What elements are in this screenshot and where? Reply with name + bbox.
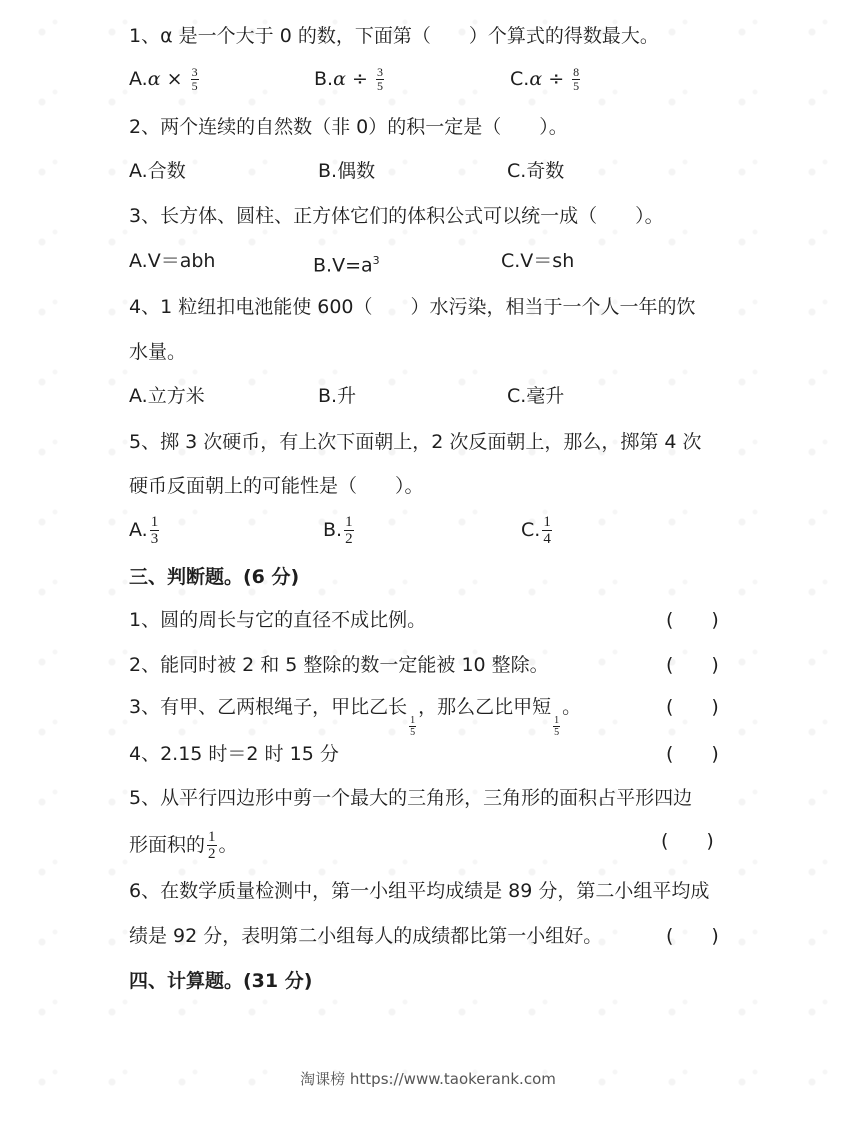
question-4-option-a: A.立方米 <box>129 384 205 408</box>
judge-item-4: 4、2.15 时＝2 时 15 分 <box>129 742 339 766</box>
judge-item-1-answer-blank[interactable]: ( ) <box>666 608 719 632</box>
question-3-option-b: B.V=a3 <box>313 249 380 277</box>
judge-item-5-line2: 形面积的12。 <box>129 829 238 862</box>
judge-item-3-answer-blank[interactable]: ( ) <box>666 695 719 719</box>
question-5-stem-line1: 5、掷 3 次硬币，有上次下面朝上，2 次反面朝上，那么，掷第 4 次 <box>129 430 702 454</box>
question-5-option-c: C.14 <box>521 514 554 547</box>
question-1-option-a: A.α × 35 <box>129 66 201 93</box>
question-4-stem-line1: 4、1 粒纽扣电池能使 600（ ）水污染，相当于一个人一年的饮 <box>129 295 696 319</box>
question-1-option-b: B.α ÷ 35 <box>314 66 386 93</box>
question-3-option-a: A.V＝abh <box>129 249 215 273</box>
judge-item-3: 3、有甲、乙两根绳子，甲比乙长15，那么乙比甲短15。 <box>129 695 581 738</box>
judge-item-6-line2: 绩是 92 分，表明第二小组每人的成绩都比第一小组好。 <box>129 924 602 948</box>
judge-item-5-answer-blank[interactable]: ( ) <box>661 829 714 853</box>
judge-item-4-answer-blank[interactable]: ( ) <box>666 742 719 766</box>
question-4-option-b: B.升 <box>318 384 356 408</box>
section-3-title: 三、判断题。(6 分) <box>129 565 299 589</box>
question-1-option-c: C.α ÷ 85 <box>510 66 582 93</box>
judge-item-2-answer-blank[interactable]: ( ) <box>666 653 719 677</box>
judge-item-6-line1: 6、在数学质量检测中，第一小组平均成绩是 89 分，第二小组平均成 <box>129 879 709 903</box>
question-2-stem: 2、两个连续的自然数（非 0）的积一定是（ ）。 <box>129 115 568 139</box>
question-4-option-c: C.毫升 <box>507 384 564 408</box>
question-2-option-a: A.合数 <box>129 159 186 183</box>
question-4-stem-line2: 水量。 <box>129 340 186 364</box>
footer-source-link[interactable]: 淘课榜 https://www.taokerank.com <box>0 1068 856 1089</box>
question-3-stem: 3、长方体、圆柱、正方体它们的体积公式可以统一成（ ）。 <box>129 204 664 228</box>
judge-item-2: 2、能同时被 2 和 5 整除的数一定能被 10 整除。 <box>129 653 549 677</box>
judge-item-5-line1: 5、从平行四边形中剪一个最大的三角形，三角形的面积占平形四边 <box>129 786 692 810</box>
question-2-option-b: B.偶数 <box>318 159 375 183</box>
question-3-option-c: C.V＝sh <box>501 249 574 273</box>
question-5-option-a: A.13 <box>129 514 161 547</box>
section-4-title: 四、计算题。(31 分) <box>129 969 312 993</box>
question-5-stem-line2: 硬币反面朝上的可能性是（ ）。 <box>129 474 424 498</box>
judge-item-6-answer-blank[interactable]: ( ) <box>666 924 719 948</box>
question-1-stem: 1、α 是一个大于 0 的数，下面第（ ）个算式的得数最大。 <box>129 24 659 48</box>
question-2-option-c: C.奇数 <box>507 159 564 183</box>
question-5-option-b: B.12 <box>323 514 356 547</box>
judge-item-1: 1、圆的周长与它的直径不成比例。 <box>129 608 426 632</box>
